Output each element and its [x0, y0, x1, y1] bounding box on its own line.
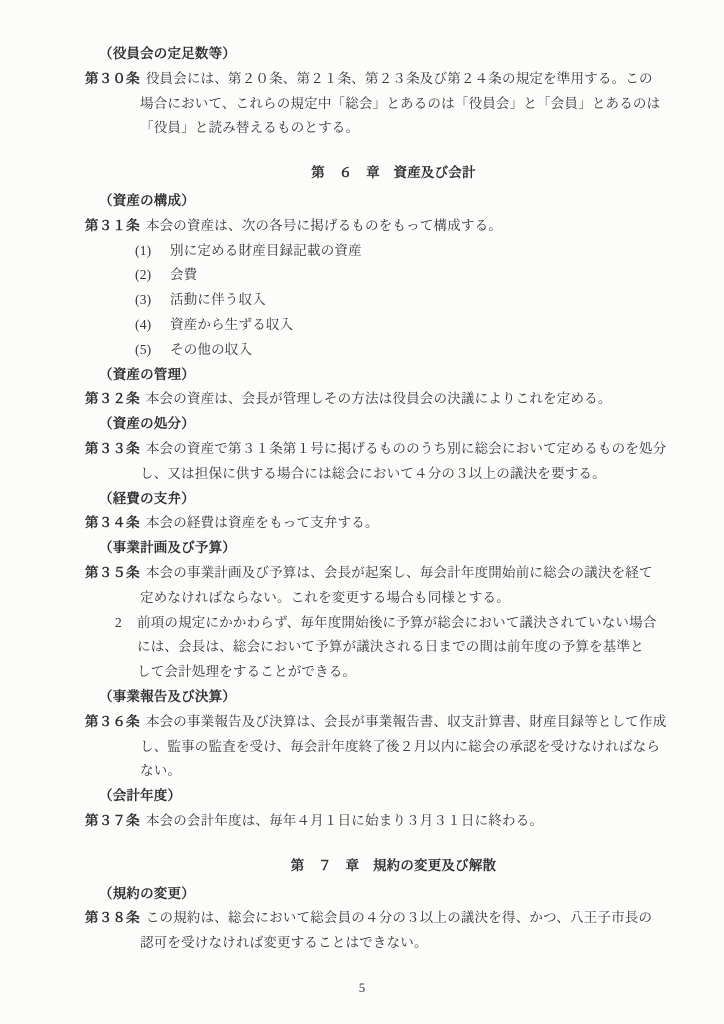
- article-32-text: 本会の資産は、会長が管理しその方法は役員会の決議によりこれを定める。: [146, 391, 612, 406]
- article-37-number: 第３７条: [85, 813, 140, 828]
- article-31-item-2: (2)会費: [135, 263, 724, 288]
- article-30-line-1: 第３０条役員会には、第２０条、第２１条、第２３条及び第２４条の規定を準用する。こ…: [85, 67, 724, 92]
- paragraph-2-number: 2: [115, 611, 137, 636]
- article-31-number: 第３１条: [85, 218, 140, 233]
- article-35-para-2-line-3: して会計処理をすることができる。: [137, 660, 724, 685]
- section-heading-business-report: （事業報告及び決算）: [99, 685, 724, 710]
- item-2-text: 会費: [170, 267, 197, 282]
- article-37-text: 本会の会計年度は、毎年４月１日に始まり３月３１日に終わる。: [146, 813, 543, 828]
- article-31-text: 本会の資産は、次の各号に掲げるものをもって構成する。: [146, 218, 502, 233]
- section-heading-fiscal-year: （会計年度）: [99, 784, 724, 809]
- article-38-text: この規約は、総会において総会員の４分の３以上の議決を得、かつ、八王子市長の: [146, 910, 652, 925]
- article-35-line-2: 定めなければならない。これを変更する場合も同様とする。: [140, 586, 724, 611]
- item-4-number: (4): [135, 313, 170, 338]
- item-3-text: 活動に伴う収入: [170, 292, 266, 307]
- page-number: 5: [0, 978, 724, 998]
- article-31-item-1: (1)別に定める財産目録記載の資産: [135, 239, 724, 264]
- item-5-text: その他の収入: [170, 342, 252, 357]
- article-30-number: 第３０条: [85, 71, 140, 86]
- article-35-text: 本会の事業計画及び予算は、会長が起案し、毎会計年度開始前に総会の議決を経て: [146, 565, 653, 580]
- article-31-item-5: (5)その他の収入: [135, 338, 724, 363]
- article-30-text: 役員会には、第２０条、第２１条、第２３条及び第２４条の規定を準用する。この: [146, 71, 653, 86]
- article-37-line-1: 第３７条本会の会計年度は、毎年４月１日に始まり３月３１日に終わる。: [85, 809, 724, 834]
- section-heading-bylaw-change: （規約の変更）: [99, 882, 724, 907]
- article-34-number: 第３４条: [85, 515, 140, 530]
- section-heading-asset-composition: （資産の構成）: [99, 189, 724, 214]
- article-32-number: 第３２条: [85, 391, 140, 406]
- item-3-number: (3): [135, 288, 170, 313]
- item-5-number: (5): [135, 338, 170, 363]
- article-35-para-2-line-1: 2前項の規定にかかわらず、毎年度開始後に予算が総会において議決されていない場合: [115, 611, 724, 636]
- item-1-number: (1): [135, 239, 170, 264]
- article-38-line-2: 認可を受けなければ変更することはできない。: [140, 931, 724, 956]
- article-36-line-2: し、監事の監査を受け、毎会計年度終了後２月以内に総会の承認を受けなければなら: [140, 735, 724, 760]
- article-30-line-2: 場合において、これらの規定中「総会」とあるのは「役員会」と「会員」とあるのは: [140, 92, 724, 117]
- article-38-line-1: 第３８条この規約は、総会において総会員の４分の３以上の議決を得、かつ、八王子市長…: [85, 906, 724, 931]
- chapter-6-heading: 第 ６ 章 資産及び会計: [140, 161, 647, 186]
- section-heading-asset-management: （資産の管理）: [99, 363, 724, 388]
- section-heading-board-quorum: （役員会の定足数等）: [99, 42, 724, 67]
- article-33-number: 第３３条: [85, 441, 140, 456]
- item-1-text: 別に定める財産目録記載の資産: [170, 243, 362, 258]
- section-heading-expenses: （経費の支弁）: [99, 487, 724, 512]
- article-31-item-3: (3)活動に伴う収入: [135, 288, 724, 313]
- item-4-text: 資産から生ずる収入: [170, 317, 293, 332]
- article-36-number: 第３６条: [85, 714, 140, 729]
- article-35-para-2-line-2: には、会長は、総会において予算が議決される日までの間は前年度の予算を基準と: [137, 635, 724, 660]
- paragraph-2-text: 前項の規定にかかわらず、毎年度開始後に予算が総会において議決されていない場合: [137, 615, 657, 630]
- article-34-line-1: 第３４条本会の経費は資産をもって支弁する。: [85, 511, 724, 536]
- item-2-number: (2): [135, 263, 170, 288]
- article-33-text: 本会の資産で第３１条第１号に掲げるもののうち別に総会において定めるものを処分: [146, 441, 667, 456]
- article-31-item-4: (4)資産から生ずる収入: [135, 313, 724, 338]
- document-content: （役員会の定足数等） 第３０条役員会には、第２０条、第２１条、第２３条及び第２４…: [0, 42, 724, 956]
- article-36-text: 本会の事業報告及び決算は、会長が事業報告書、収支計算書、財産目録等として作成: [146, 714, 667, 729]
- article-32-line-1: 第３２条本会の資産は、会長が管理しその方法は役員会の決議によりこれを定める。: [85, 387, 724, 412]
- article-34-text: 本会の経費は資産をもって支弁する。: [146, 515, 379, 530]
- section-heading-business-plan-budget: （事業計画及び予算）: [99, 536, 724, 561]
- article-30-line-3: 「役員」と読み替えるものとする。: [140, 116, 724, 141]
- chapter-7-heading: 第 ７ 章 規約の変更及び解散: [140, 854, 647, 879]
- article-36-line-3: ない。: [140, 759, 724, 784]
- article-35-line-1: 第３５条本会の事業計画及び予算は、会長が起案し、毎会計年度開始前に総会の議決を経…: [85, 561, 724, 586]
- article-36-line-1: 第３６条本会の事業報告及び決算は、会長が事業報告書、収支計算書、財産目録等として…: [85, 710, 724, 735]
- article-38-number: 第３８条: [85, 910, 140, 925]
- article-33-line-1: 第３３条本会の資産で第３１条第１号に掲げるもののうち別に総会において定めるものを…: [85, 437, 724, 462]
- article-35-number: 第３５条: [85, 565, 140, 580]
- article-33-line-2: し、又は担保に供する場合には総会において４分の３以上の議決を要する。: [140, 462, 724, 487]
- section-heading-asset-disposal: （資産の処分）: [99, 412, 724, 437]
- document-page: （役員会の定足数等） 第３０条役員会には、第２０条、第２１条、第２３条及び第２４…: [0, 0, 724, 1024]
- article-31-line-1: 第３１条本会の資産は、次の各号に掲げるものをもって構成する。: [85, 214, 724, 239]
